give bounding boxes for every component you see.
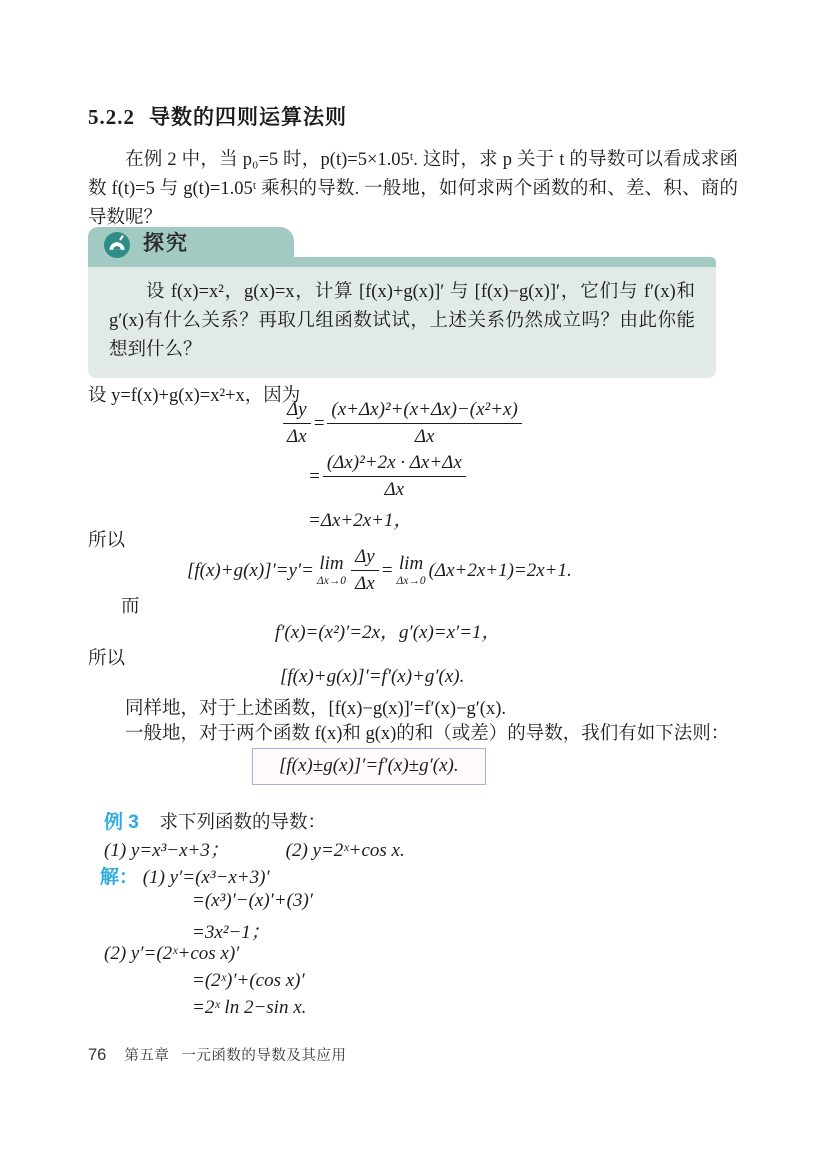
explore-body: 设 f(x)=x²，g(x)=x，计算 [f(x)+g(x)]′ 与 [f(x)… bbox=[88, 267, 716, 378]
explore-tab: 探究 bbox=[88, 227, 294, 257]
limit-equation-tail: (Δx+2x+1)=2x+1. bbox=[429, 560, 572, 582]
solution-line-1: 解： (1) y′=(x³−x+3)′ bbox=[100, 862, 270, 889]
equals-sign: = bbox=[308, 466, 321, 488]
section-number: 5.2.2 bbox=[88, 105, 135, 129]
solution-2-step-2: =(2ˣ)′+(cos x)′ bbox=[192, 970, 305, 992]
derivation-fraction-block: ΔyΔx = (x+Δx)²+(x+Δx)−(x²+x)Δx = (Δx)²+2… bbox=[281, 399, 524, 536]
example-prompt: 求下列函数的导数： bbox=[159, 813, 326, 833]
page-content: 5.2.2导数的四则运算法则 在例 2 中，当 p₀=5 时，p(t)=5×1.… bbox=[88, 0, 738, 1152]
solution-1-step-2: =(x³)′−(x)′+(3)′ bbox=[192, 890, 313, 912]
explore-box: 探究 设 f(x)=x²，g(x)=x，计算 [f(x)+g(x)]′ 与 [f… bbox=[88, 227, 716, 378]
limit-operator-2: limΔx→0 bbox=[396, 554, 425, 587]
example-heading: 例 3 求下列函数的导数： bbox=[104, 807, 326, 834]
and-word: 而 bbox=[121, 592, 140, 618]
chapter-label: 第五章 bbox=[124, 1044, 169, 1065]
component-derivatives: f′(x)=(x²)′=2x，g′(x)=x′=1， bbox=[275, 617, 501, 644]
equation-line-1: ΔyΔx = (x+Δx)²+(x+Δx)−(x²+x)Δx bbox=[281, 399, 524, 448]
intro-paragraph: 在例 2 中，当 p₀=5 时，p(t)=5×1.05ᵗ. 这时，求 p 关于 … bbox=[88, 146, 738, 233]
so-word-1: 所以 bbox=[88, 526, 125, 552]
example-item-1: (1) y=x³−x+3； bbox=[104, 840, 229, 861]
explore-tab-row: 探究 bbox=[88, 227, 716, 257]
rule-box: [f(x)±g(x)]′=f′(x)±g′(x). bbox=[252, 748, 486, 785]
solution-2-step-3: =2ˣ ln 2−sin x. bbox=[192, 997, 306, 1019]
generally-paragraph: 一般地，对于两个函数 f(x)和 g(x)的和（或差）的导数，我们有如下法则： bbox=[88, 719, 738, 745]
solution-label: 解： bbox=[100, 867, 138, 888]
equation-line-3: =Δx+2x+1， bbox=[281, 505, 524, 532]
fraction-dy-dx-small: ΔyΔx bbox=[351, 546, 379, 595]
section-title: 导数的四则运算法则 bbox=[149, 106, 347, 129]
limit-operator-1: limΔx→0 bbox=[317, 554, 346, 587]
equals-sign: = bbox=[381, 560, 394, 582]
page-footer: 76 第五章 一元函数的导数及其应用 bbox=[88, 1044, 346, 1065]
limit-equation: [f(x)+g(x)]′=y′= limΔx→0 ΔyΔx = limΔx→0 … bbox=[187, 546, 572, 595]
page-number: 76 bbox=[88, 1046, 106, 1065]
solution-2-step-1: (2) y′=(2ˣ+cos x)′ bbox=[104, 943, 239, 965]
explore-header-band bbox=[88, 257, 716, 267]
limit-equation-lhs: [f(x)+g(x)]′=y′= bbox=[187, 560, 314, 582]
similarly-paragraph: 同样地，对于上述函数，[f(x)−g(x)]′=f′(x)−g′(x). bbox=[88, 694, 738, 720]
so-word-2: 所以 bbox=[88, 644, 125, 670]
chapter-title: 一元函数的导数及其应用 bbox=[181, 1044, 346, 1065]
sum-rule-equation: [f(x)+g(x)]′=f′(x)+g′(x). bbox=[280, 666, 464, 688]
example-item-2: (2) y=2ˣ+cos x. bbox=[286, 840, 405, 861]
derivation-setup: 设 y=f(x)+g(x)=x²+x，因为 bbox=[88, 381, 300, 407]
explore-text: 设 f(x)=x²，g(x)=x，计算 [f(x)+g(x)]′ 与 [f(x)… bbox=[109, 278, 695, 365]
explore-tab-label: 探究 bbox=[143, 227, 189, 257]
fraction-expansion-2: (Δx)²+2x · Δx+ΔxΔx bbox=[323, 452, 466, 501]
fraction-expansion-1: (x+Δx)²+(x+Δx)−(x²+x)Δx bbox=[327, 399, 521, 448]
textbook-page: 5.2.2导数的四则运算法则 在例 2 中，当 p₀=5 时，p(t)=5×1.… bbox=[0, 0, 824, 1152]
example-items: (1) y=x³−x+3； (2) y=2ˣ+cos x. bbox=[104, 835, 405, 862]
example-label: 例 3 bbox=[104, 812, 139, 833]
fraction-dy-dx: ΔyΔx bbox=[283, 399, 311, 448]
explore-icon bbox=[104, 232, 130, 258]
section-heading: 5.2.2导数的四则运算法则 bbox=[88, 101, 347, 131]
equation-line-2: = (Δx)²+2x · Δx+ΔxΔx bbox=[281, 452, 524, 501]
solution-1-step-3: =3x²−1； bbox=[192, 917, 270, 944]
equals-sign: = bbox=[313, 413, 326, 435]
